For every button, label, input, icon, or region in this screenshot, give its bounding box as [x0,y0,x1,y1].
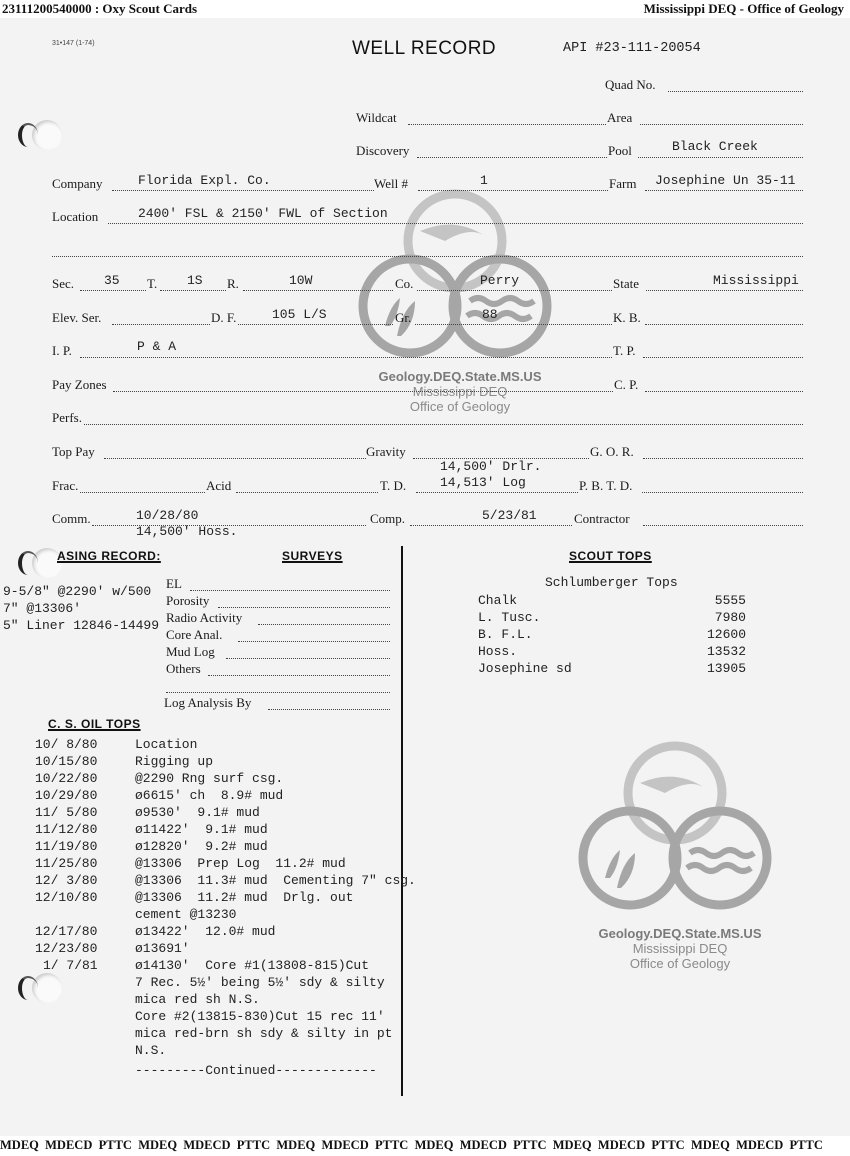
scout-top-name: Hoss. [478,644,517,659]
cp-label: C. P. [614,377,638,393]
log-entry: mica red sh N.S. [135,992,260,1007]
log-date: 11/25/80 [35,856,97,871]
pay-zones-label: Pay Zones [52,377,107,393]
pool-label: Pool [608,143,632,159]
log-entry: cement @13230 [135,907,236,922]
log-date: 11/ 5/80 [35,805,97,820]
comm-value-line-2: 14,500' Hoss. [136,524,237,539]
log-entry: @2290 Rng surf csg. [135,771,283,786]
pay-zones-field [113,391,613,392]
county-label: Co. [395,276,413,292]
pbtd-field [642,492,803,493]
td-value-drlr: 14,500' Drlr. [440,459,541,474]
log-date: 12/10/80 [35,890,97,905]
survey-others-label: Others [166,661,201,677]
casing-line: 9-5/8" @2290' w/500 [3,584,151,599]
log-date: 11/12/80 [35,822,97,837]
document-id: 23111200540000 : Oxy Scout Cards [2,1,197,17]
scout-top-depth: 5555 [700,593,746,608]
scout-tops-subtitle: Schlumberger Tops [545,575,678,590]
farm-value: Josephine Un 35-11 [655,173,795,188]
survey-mud-log-field [226,658,390,659]
survey-core-anal-label: Core Anal. [166,627,222,643]
scout-top-depth: 12600 [700,627,746,642]
acid-label: Acid [206,478,231,494]
ip-label: I. P. [52,343,72,359]
kb-label: K. B. [613,310,641,326]
ip-value: P & A [137,339,176,354]
scout-top-name: B. F.L. [478,627,533,642]
contractor-field [643,525,803,526]
log-entry: Location [135,737,197,752]
well-no-value: 1 [480,173,488,188]
frac-label: Frac. [52,478,78,494]
cp-field [645,391,803,392]
survey-el-label: EL [166,576,182,592]
log-entry: N.S. [135,1043,166,1058]
comp-field [410,525,572,526]
acid-field [236,492,378,493]
log-entry: ø11422' 9.1# mud [135,822,268,837]
td-label: T. D. [380,478,406,494]
mdeq-watermark-logo-2: Geology.DEQ.State.MS.US Mississippi DEQ … [575,733,785,983]
ip-field [80,357,612,358]
log-date: 10/ 8/80 [35,737,97,752]
scout-tops-heading: SCOUT TOPS [569,549,652,563]
form-number: 31•147 (1-74) [52,40,95,47]
casing-record-heading: ASING RECORD: [57,549,161,563]
company-value: Florida Expl. Co. [138,173,271,188]
discovery-field [417,157,607,158]
footer-banner: MDEQ MDECD PTTC MDEQ MDECD PTTC MDEQ MDE… [0,1138,850,1156]
df-value: 105 L/S [272,307,327,322]
log-entry: ø9530' 9.1# mud [135,805,260,820]
farm-field [645,190,803,191]
casing-line: 7" @13306' [3,601,81,616]
county-value: Perry [480,273,519,288]
log-analysis-by-label: Log Analysis By [164,695,251,711]
state-label: State [613,276,639,292]
scout-top-depth: 13905 [700,661,746,676]
survey-core-anal-field [238,641,390,642]
td-value-log: 14,513' Log [440,475,526,490]
county-field [417,290,612,291]
township-field [160,290,226,291]
pbtd-label: P. B. T. D. [579,478,632,494]
area-label: Area [607,110,632,126]
survey-el-field [190,590,390,591]
log-date: 10/22/80 [35,771,97,786]
perfs-field [84,424,803,425]
log-entry: @13306 11.2# mud Drlg. out [135,890,353,905]
survey-porosity-field [218,607,390,608]
log-entry: ø13691' [135,941,190,956]
survey-radio-activity-field [258,624,390,625]
survey-others-field [208,675,390,676]
page-title: WELL RECORD [352,38,496,60]
discovery-label: Discovery [356,143,409,159]
punch-hole-top [32,120,62,150]
range-value: 10W [289,273,312,288]
log-date: 12/17/80 [35,924,97,939]
tp-label: T. P. [613,343,636,359]
elev-ser-label: Elev. Ser. [52,310,101,326]
contractor-label: Contractor [574,511,630,527]
pool-field [638,157,803,158]
log-entry: ø13422' 12.0# mud [135,924,275,939]
api-number: API #23-111-20054 [563,41,701,56]
frac-field [80,492,205,493]
well-no-label: Well # [374,176,408,192]
perfs-label: Perfs. [52,410,82,426]
scout-top-name: Chalk [478,593,517,608]
farm-label: Farm [609,176,636,192]
tp-field [643,357,803,358]
kb-field [645,324,803,325]
survey-mud-log-label: Mud Log [166,644,215,660]
survey-blank-field [166,692,390,693]
column-divider [401,546,403,1096]
agency-name: Mississippi DEQ - Office of Geology [644,1,844,17]
comp-label: Comp. [370,511,405,527]
company-label: Company [52,176,103,192]
gravity-label: Gravity [366,444,406,460]
top-pay-label: Top Pay [52,444,95,460]
range-field [243,290,393,291]
state-value: Mississippi [713,273,799,288]
wildcat-label: Wildcat [356,110,397,126]
log-entry: Rigging up [135,754,213,769]
quad-no-label: Quad No. [605,77,656,93]
comm-label: Comm. [52,511,91,527]
location-field [108,223,803,224]
watermark-url: Geology.DEQ.State.MS.US [355,369,565,384]
location-value: 2400' FSL & 2150' FWL of Section [138,206,388,221]
watermark-office: Office of Geology [355,399,565,414]
company-field [112,190,374,191]
pool-value: Black Creek [672,139,758,154]
log-date: 12/ 3/80 [35,873,97,888]
log-entry: ø12820' 9.2# mud [135,839,268,854]
well-record-card: Geology.DEQ.State.MS.US Mississippi DEQ … [0,18,850,1136]
gr-field [415,324,612,325]
log-entry: 7 Rec. 5½' being 5½' sdy & silty [135,975,385,990]
township-value: 1S [187,273,203,288]
log-date: 1/ 7/81 [43,958,98,973]
gr-label: Gr. [395,310,411,326]
log-analysis-by-field [268,709,390,710]
quad-no-field [668,91,803,92]
elev-ser-field [112,324,210,325]
gr-value: 88 [482,307,498,322]
log-date: 11/19/80 [35,839,97,854]
location-label: Location [52,209,98,225]
log-entry: ø14130' Core #1(13808-815)Cut [135,958,369,973]
area-field [640,124,803,125]
oil-tops-heading: C. S. OIL TOPS [48,717,141,731]
log-date: 10/29/80 [35,788,97,803]
township-label: T. [147,276,157,292]
wildcat-field [408,124,606,125]
state-field [646,290,803,291]
comm-value: 10/28/80 [136,508,198,523]
scout-top-name: Josephine sd [478,661,572,676]
log-date: 12/23/80 [35,941,97,956]
df-field [238,324,393,325]
log-entry: Core #2(13815-830)Cut 15 rec 11' [135,1009,385,1024]
survey-radio-activity-label: Radio Activity [166,610,242,626]
scout-top-depth: 7980 [700,610,746,625]
location-field-line-2 [52,256,803,257]
watermark-agency: Mississippi DEQ [575,941,785,956]
log-entry: @13306 Prep Log 11.2# mud [135,856,346,871]
watermark-url: Geology.DEQ.State.MS.US [575,926,785,941]
mdeq-logo-icon [575,733,785,923]
document-header: 23111200540000 : Oxy Scout Cards Mississ… [0,0,850,18]
sec-field [80,290,146,291]
sec-value: 35 [104,273,120,288]
surveys-heading: SURVEYS [282,549,343,563]
td-field [416,492,578,493]
survey-porosity-label: Porosity [166,593,209,609]
log-entry: ø6615' ch 8.9# mud [135,788,283,803]
log-date: 10/15/80 [35,754,97,769]
log-entry: mica red-brn sh sdy & silty in pt [135,1026,392,1041]
top-pay-field [104,458,366,459]
range-label: R. [227,276,239,292]
df-label: D. F. [211,310,236,326]
scout-top-depth: 13532 [700,644,746,659]
well-no-field [418,190,608,191]
casing-line: 5" Liner 12846-14499 [3,618,159,633]
comp-value: 5/23/81 [482,508,537,523]
scout-top-name: L. Tusc. [478,610,540,625]
sec-label: Sec. [52,276,74,292]
gor-field [643,458,803,459]
log-entry: @13306 11.3# mud Cementing 7" csg. [135,873,416,888]
watermark-office: Office of Geology [575,956,785,971]
gor-label: G. O. R. [590,444,634,460]
continued-marker: ---------Continued------------- [135,1063,377,1078]
punch-hole-bottom [32,973,62,1003]
